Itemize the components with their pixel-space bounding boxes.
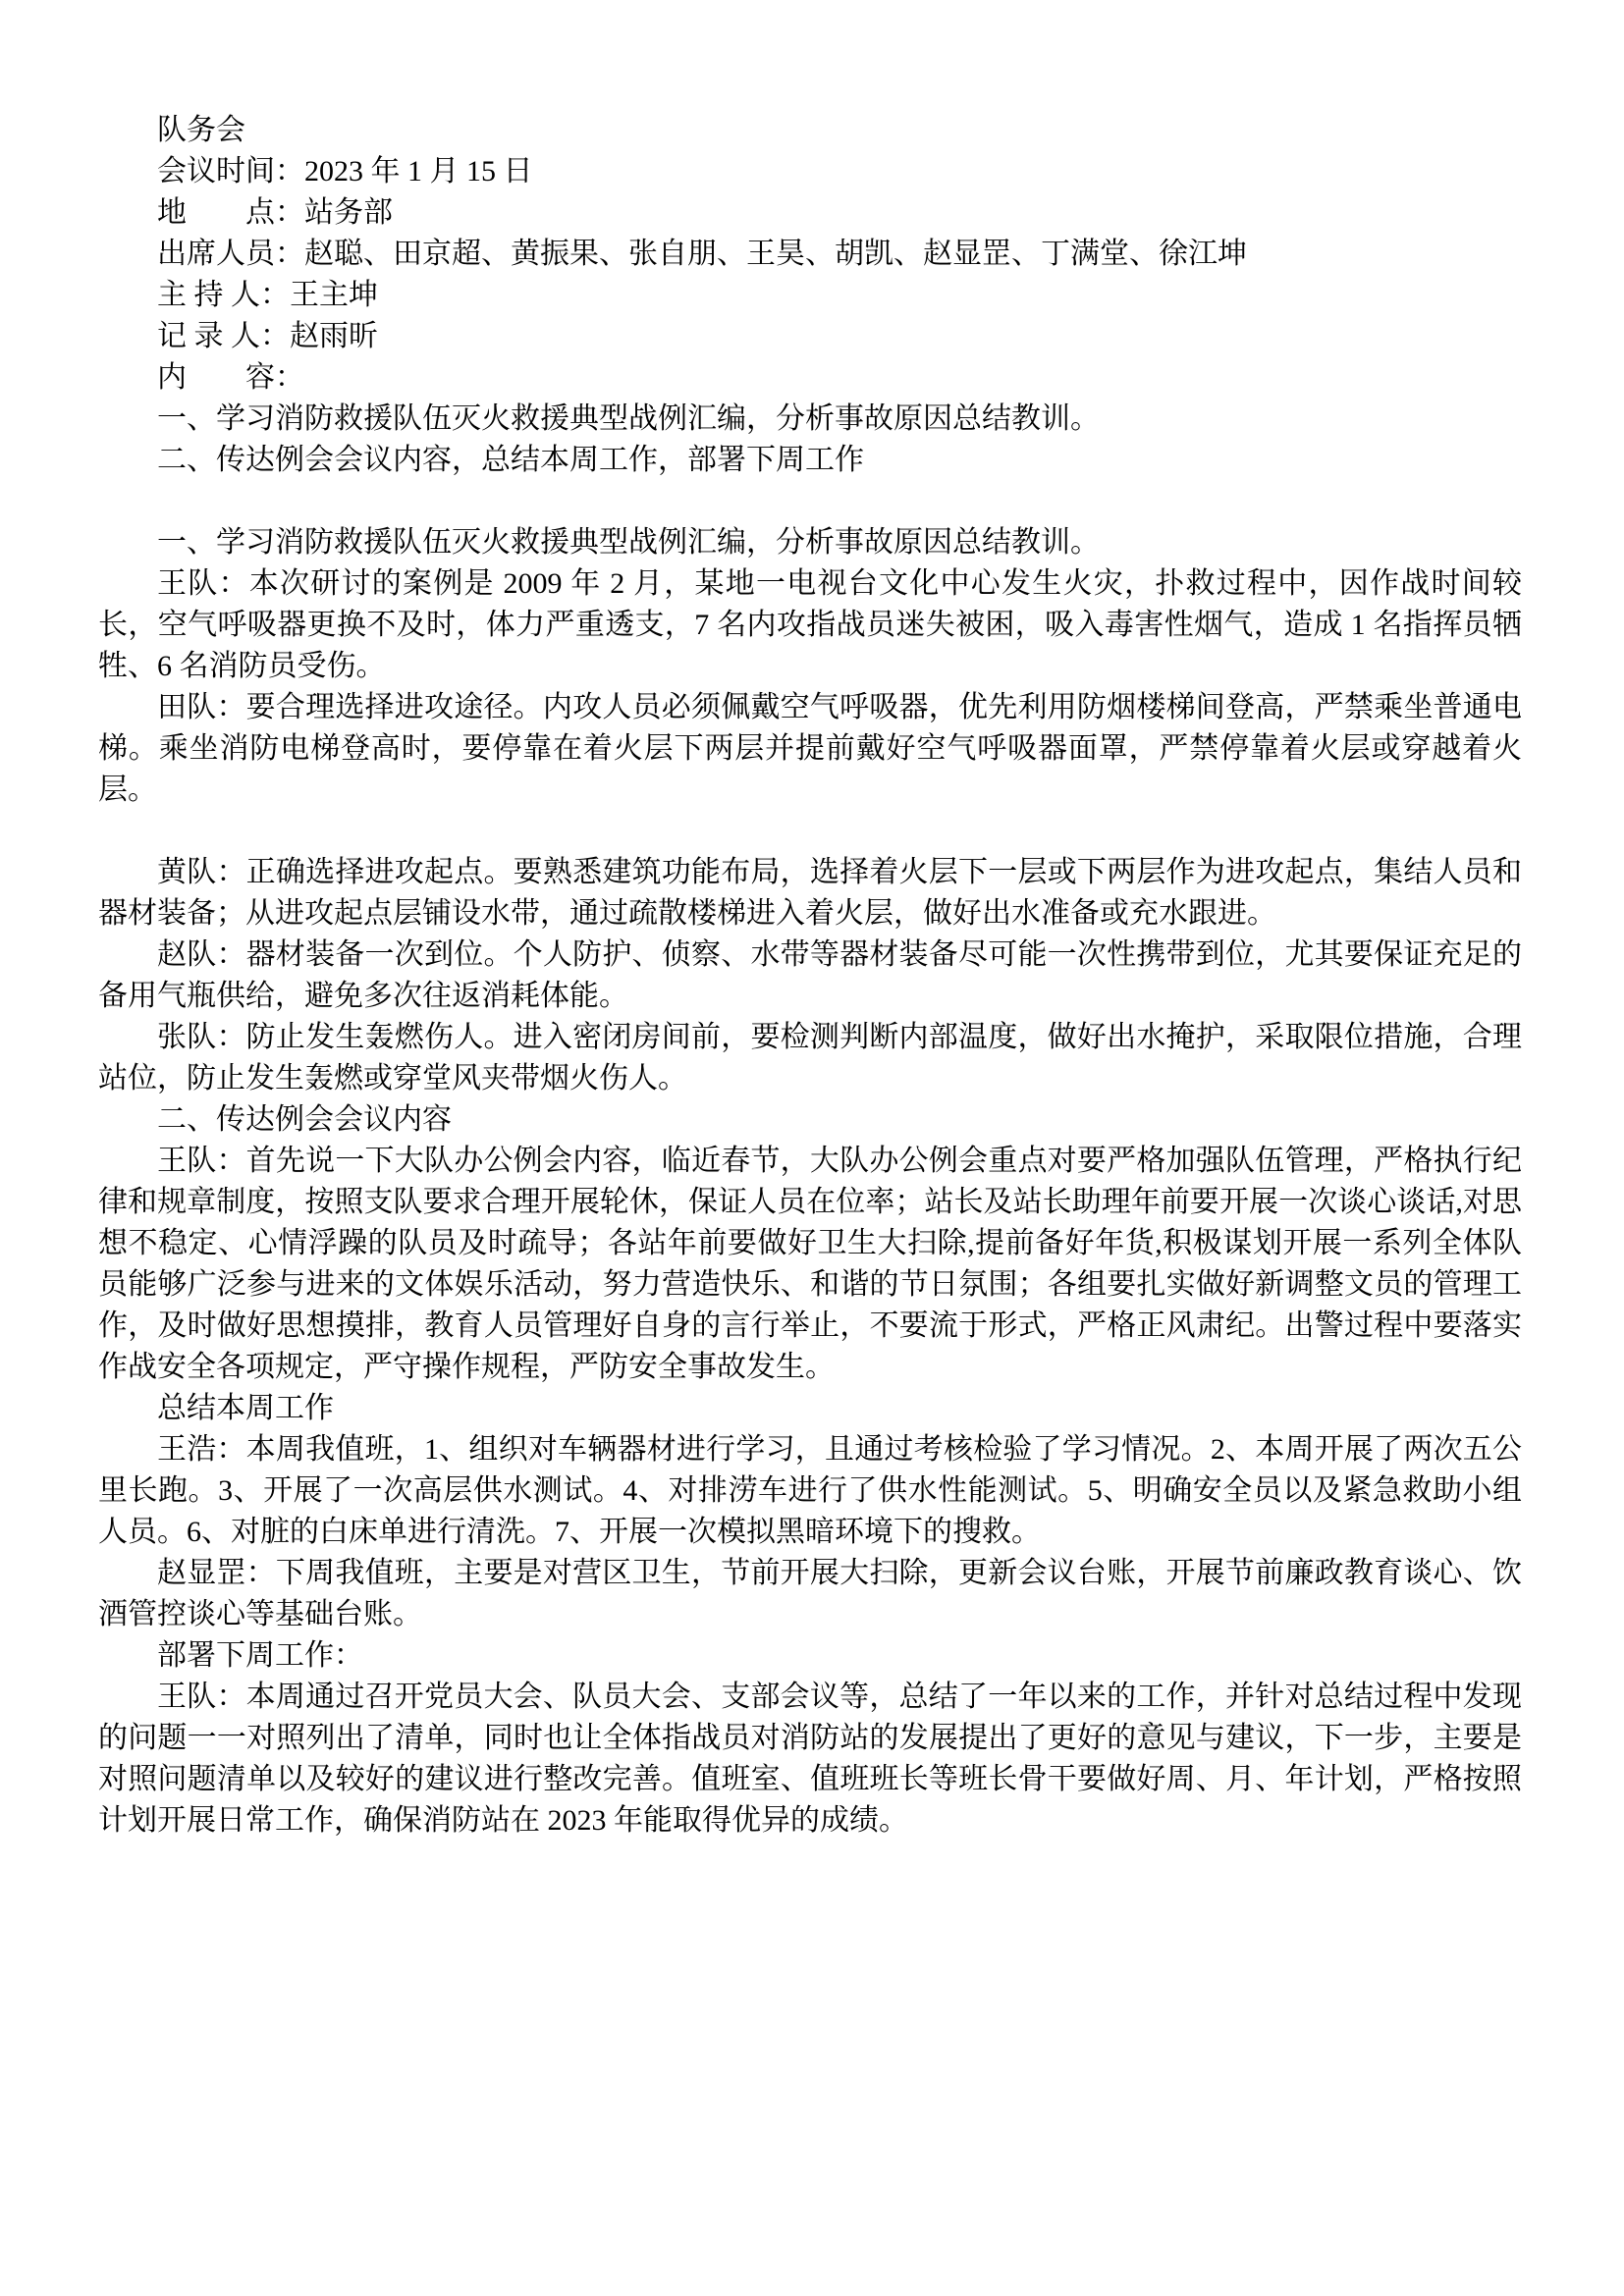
speech-wanghao-weekly: 王浩：本周我值班，1、组织对车辆器材进行学习，且通过考核检验了学习情况。2、本周… [98,1429,1522,1553]
speech-tian: 田队：要合理选择进攻途径。内攻人员必须佩戴空气呼吸器，优先利用防烟楼梯间登高，严… [98,687,1522,811]
meeting-time-label: 会议时间： [157,155,304,187]
blank-line [98,811,1522,852]
content-label-line: 内 容： [98,357,1522,399]
speech-zhaoxiangang-nextweek: 赵显罡：下周我值班，主要是对营区卫生，节前开展大扫除，更新会议台账，开展节前廉政… [98,1553,1522,1635]
speech-zhang: 张队：防止发生轰燃伤人。进入密闭房间前，要检测判断内部温度，做好出水掩护，采取限… [98,1017,1522,1099]
speech-wang-case: 王队：本次研讨的案例是 2009 年 2 月，某地一电视台文化中心发生火灾，扑救… [98,563,1522,687]
attendees-value: 赵聪、田京超、黄振果、张自朋、王昊、胡凯、赵显罡、丁满堂、徐江坤 [304,238,1247,270]
blank-line [98,481,1522,522]
recorder-value: 赵雨昕 [290,320,378,352]
section2-heading: 二、传达例会会议内容 [98,1099,1522,1141]
speech-zhao: 赵队：器材装备一次到位。个人防护、侦察、水带等器材装备尽可能一次性携带到位，尤其… [98,934,1522,1017]
location-value: 站务部 [304,196,393,229]
host-label: 主 持 人： [157,279,290,311]
section1-heading: 一、学习消防救援队伍灭火救援典型战例汇编，分析事故原因总结教训。 [98,522,1522,563]
agenda-item-1: 一、学习消防救援队伍灭火救援典型战例汇编，分析事故原因总结教训。 [98,399,1522,440]
location-label: 地 点： [157,196,304,229]
agenda-item-2: 二、传达例会会议内容，总结本周工作，部署下周工作 [98,440,1522,481]
recorder-line: 记 录 人：赵雨昕 [98,316,1522,357]
doc-title: 队务会 [98,110,1522,151]
speech-wang-briefing: 王队：首先说一下大队办公例会内容，临近春节，大队办公例会重点对要严格加强队伍管理… [98,1141,1522,1388]
attendees-line: 出席人员：赵聪、田京超、黄振果、张自朋、王昊、胡凯、赵显罡、丁满堂、徐江坤 [98,234,1522,275]
attendees-label: 出席人员： [157,238,304,270]
host-value: 王主坤 [290,279,378,311]
next-week-heading: 部署下周工作： [98,1635,1522,1677]
host-line: 主 持 人：王主坤 [98,275,1522,316]
speech-wang-plan: 王队：本周通过召开党员大会、队员大会、支部会议等，总结了一年以来的工作，并针对总… [98,1677,1522,1842]
location-line: 地 点：站务部 [98,192,1522,234]
document-page: 队务会 会议时间：2023 年 1 月 15 日 地 点：站务部 出席人员：赵聪… [0,0,1624,2296]
week-summary-heading: 总结本周工作 [98,1388,1522,1429]
recorder-label: 记 录 人： [157,320,290,352]
meeting-time-line: 会议时间：2023 年 1 月 15 日 [98,151,1522,192]
meeting-time-value: 2023 年 1 月 15 日 [304,155,533,187]
speech-huang: 黄队：正确选择进攻起点。要熟悉建筑功能布局，选择着火层下一层或下两层作为进攻起点… [98,852,1522,934]
